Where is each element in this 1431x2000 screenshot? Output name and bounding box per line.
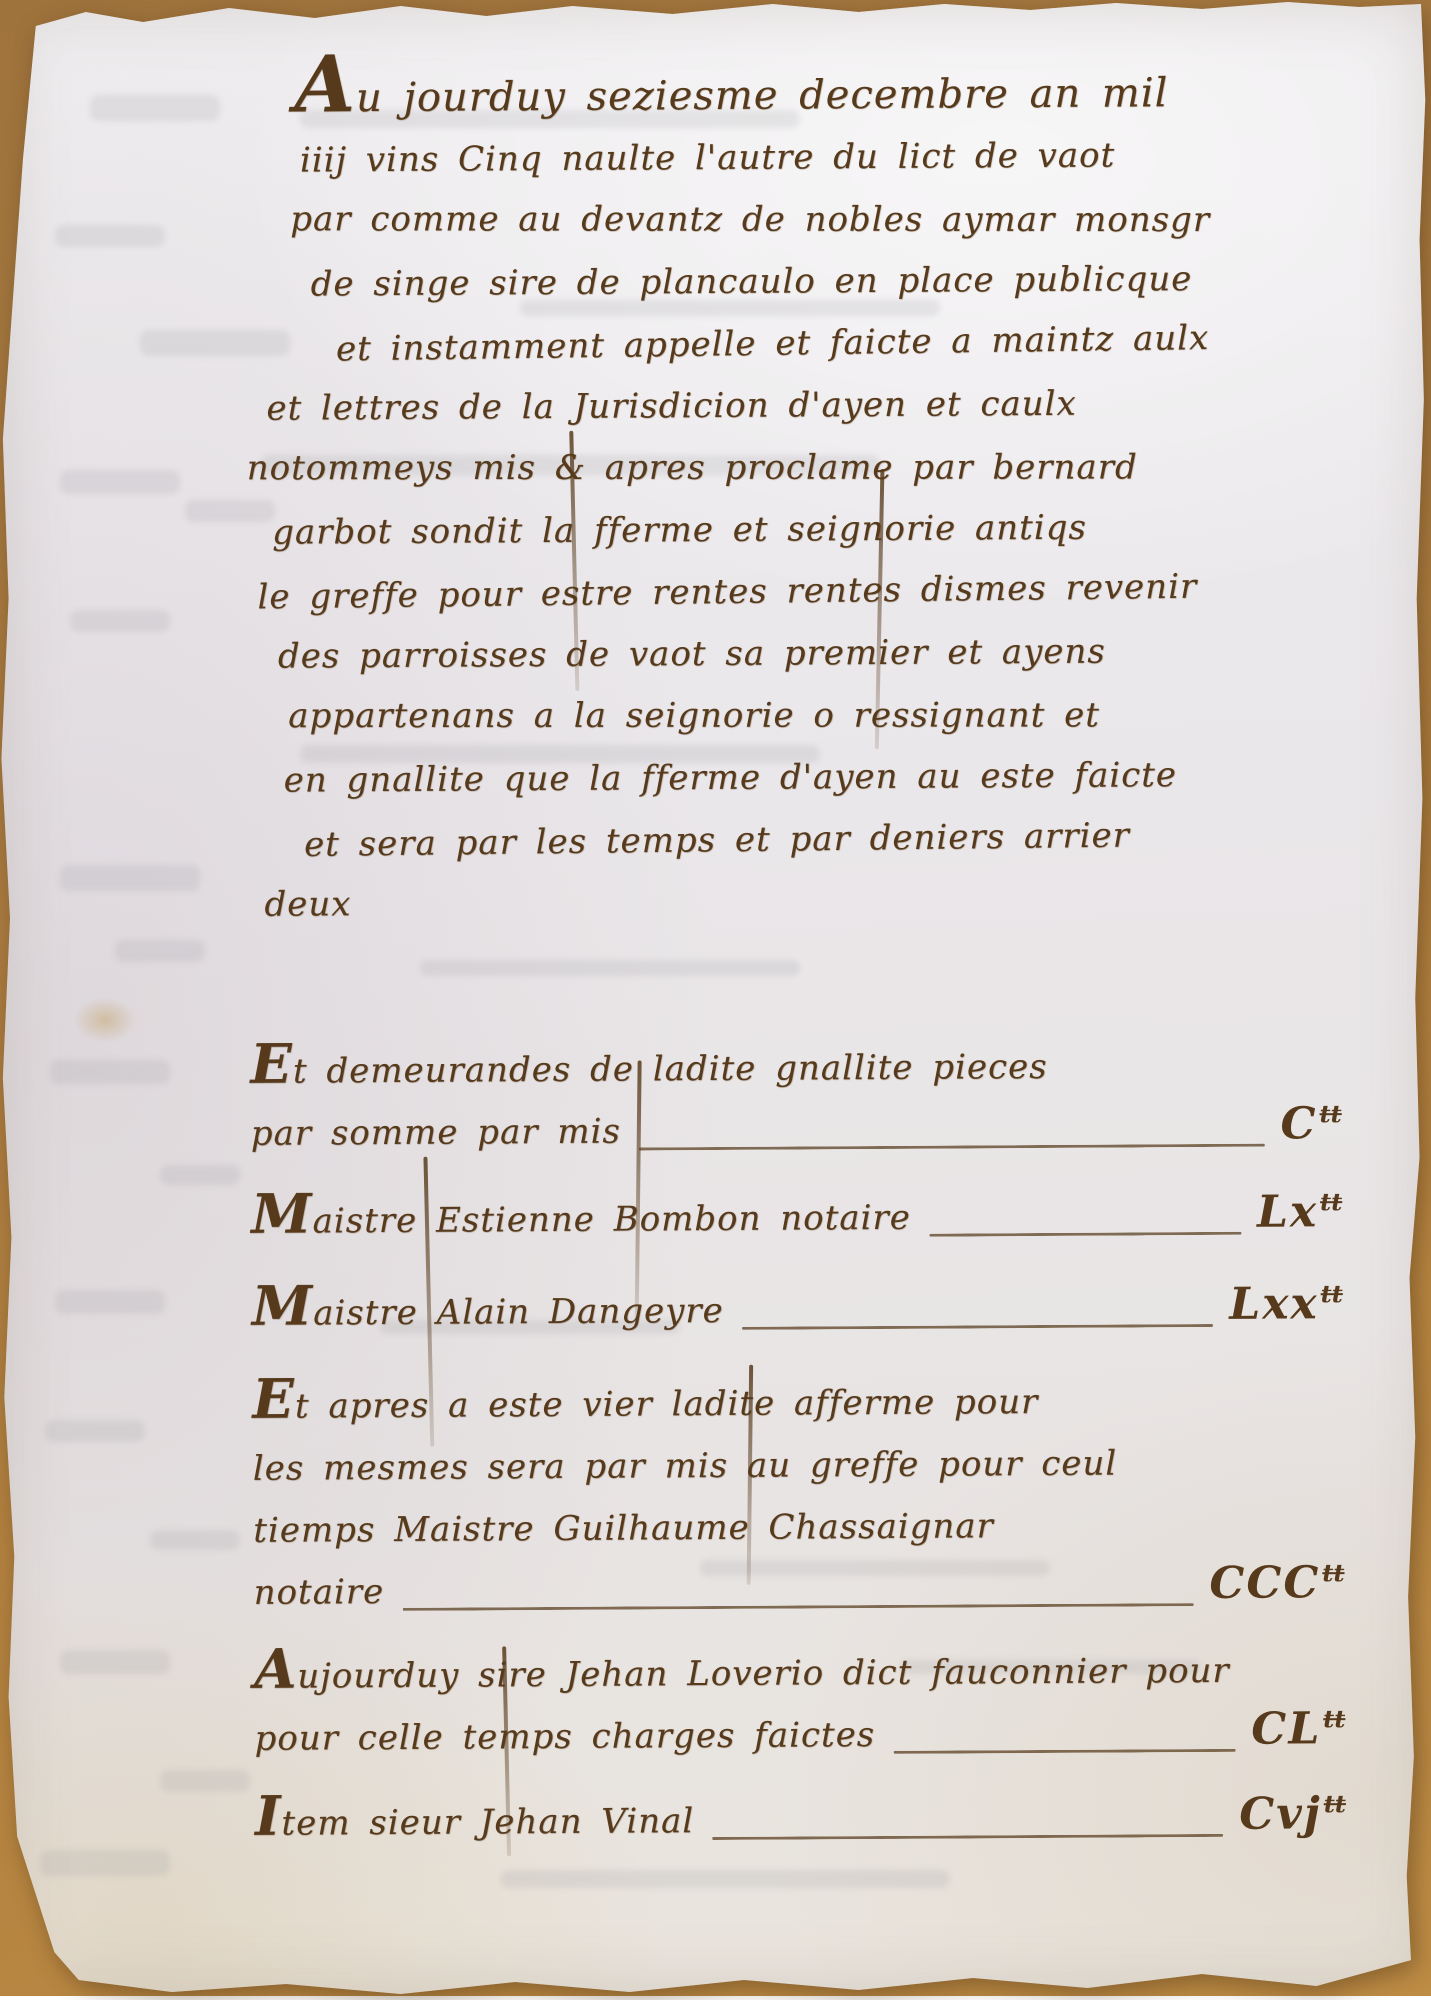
- amount-roman-numeral: Lxtt: [1257, 1186, 1343, 1238]
- entry-text-line: Maistre Estienne Bombon notaire: [251, 1179, 911, 1253]
- livres-unit: tt: [1323, 1705, 1345, 1734]
- manuscript-line: appartenans a la seignorie o ressignant …: [288, 684, 1243, 747]
- amount-value: Lxx: [1229, 1278, 1319, 1330]
- manuscript-line: et instamment appelle et faicte a maintz…: [336, 307, 1242, 381]
- account-entry: Aujourduy sire Jehan Loverio dict faucon…: [254, 1631, 1346, 1770]
- amount-roman-numeral: Ctt: [1280, 1098, 1342, 1149]
- leader-line: [929, 1232, 1241, 1237]
- entry-text-line: Item sieur Jehan Vinal: [255, 1782, 695, 1855]
- amount-roman-numeral: CCCtt: [1209, 1557, 1345, 1609]
- backing-board: Au jourduy seziesme decembre an mil iiij…: [0, 0, 1431, 1996]
- amount-value: C: [1280, 1098, 1317, 1149]
- livres-unit: tt: [1319, 1100, 1341, 1129]
- amount-value: CL: [1251, 1703, 1321, 1754]
- amount-roman-numeral: Lxxtt: [1229, 1278, 1343, 1330]
- leader-line: [712, 1834, 1223, 1840]
- manuscript-line: deux: [264, 868, 1244, 936]
- leader-line: [742, 1324, 1214, 1330]
- manuscript-line: en gnallite que la fferme d'ayen au este…: [283, 744, 1243, 812]
- livres-unit: tt: [1324, 1790, 1346, 1819]
- amount-roman-numeral: Cvjtt: [1239, 1788, 1346, 1840]
- manuscript-line: et lettres de la Jurisdicion d'ayen et c…: [266, 372, 1241, 440]
- manuscript-page: Au jourduy seziesme decembre an mil iiij…: [0, 0, 1431, 1996]
- manuscript-line: notommeys mis & apres proclame par berna…: [247, 436, 1242, 499]
- entry-text-line: tiemps Maistre Guilhaume Chassaignar: [253, 1493, 1344, 1562]
- entry-amount-row: pour celle temps charges faictes CLtt: [254, 1701, 1345, 1770]
- account-entry: Et apres a este vier ladite afferme pour…: [252, 1361, 1345, 1624]
- amount-roman-numeral: CLtt: [1251, 1703, 1345, 1755]
- manuscript-line: garbot sondit la fferme et seignorie ant…: [272, 496, 1242, 564]
- manuscript-line: des parroisses de vaot sa premier et aye…: [278, 620, 1243, 688]
- handwritten-text-layer: Au jourduy seziesme decembre an mil iiij…: [0, 0, 1431, 1996]
- entry-text-line: notaire: [253, 1561, 384, 1624]
- amount-value: Lx: [1257, 1186, 1318, 1237]
- livres-unit: tt: [1322, 1559, 1344, 1588]
- livres-unit: tt: [1320, 1188, 1342, 1217]
- entry-text-line: Aujourduy sire Jehan Loverio dict faucon…: [254, 1631, 1345, 1708]
- account-entry: Item sieur Jehan Vinal Cvjtt: [255, 1778, 1346, 1855]
- account-entry: Maistre Estienne Bombon notaire Lxtt: [251, 1176, 1342, 1253]
- entry-text-line: pour celle temps charges faictes: [254, 1704, 875, 1770]
- entry-amount-row: Maistre Alain Dangeyre Lxxtt: [252, 1268, 1343, 1345]
- entry-text-line: par somme par mis: [251, 1101, 621, 1165]
- account-entry: Maistre Alain Dangeyre Lxxtt: [252, 1268, 1343, 1345]
- entry-amount-row: Item sieur Jehan Vinal Cvjtt: [255, 1778, 1346, 1855]
- manuscript-line: par comme au devantz de nobles aymar mon…: [290, 188, 1240, 251]
- account-entry: Et demeurandes de ladite gnallite pieces…: [250, 1026, 1342, 1165]
- amount-value: CCC: [1209, 1557, 1320, 1609]
- entry-text-line: les mesmes sera par mis au greffe pour c…: [253, 1431, 1344, 1500]
- manuscript-line: le greffe pour estre rentes rentes disme…: [257, 555, 1243, 628]
- entry-text-line: Et apres a este vier ladite afferme pour: [252, 1361, 1343, 1438]
- manuscript-line: de singe sire de plancaulo en place publ…: [310, 248, 1240, 316]
- manuscript-line: Au jourduy seziesme decembre an mil: [294, 49, 1239, 130]
- manuscript-line: et sera par les temps et par deniers arr…: [304, 803, 1245, 876]
- entry-amount-row: notaire CCCtt: [253, 1555, 1344, 1624]
- opening-paragraph: Au jourduy seziesme decembre an mil iiij…: [239, 49, 1244, 936]
- amount-value: Cvj: [1239, 1788, 1322, 1840]
- livres-unit: tt: [1321, 1280, 1343, 1309]
- entry-amount-row: Maistre Estienne Bombon notaire Lxtt: [251, 1176, 1342, 1253]
- paper-shadow-wrap: Au jourduy seziesme decembre an mil iiij…: [0, 0, 1431, 1996]
- leader-line: [639, 1144, 1265, 1151]
- entry-text-line: Et demeurandes de ladite gnallite pieces: [250, 1026, 1341, 1103]
- manuscript-line: iiij vins Cinq naulte l'autre du lict de…: [300, 124, 1240, 192]
- leader-line: [402, 1603, 1193, 1611]
- leader-line: [893, 1749, 1235, 1754]
- entry-text-line: Maistre Alain Dangeyre: [252, 1272, 724, 1345]
- entry-amount-row: par somme par mis Ctt: [251, 1096, 1342, 1165]
